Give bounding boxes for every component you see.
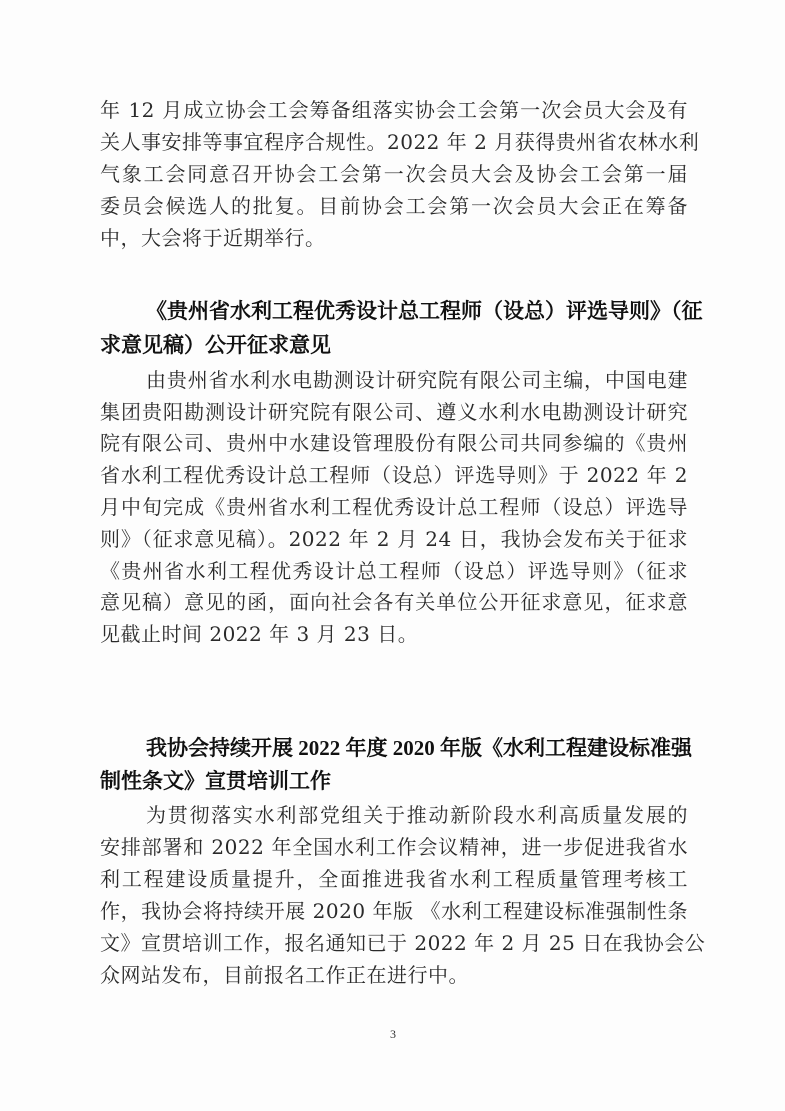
paragraph-line: 则》（征求意见稿）。2022 年 2 月 24 日，我协会发布关于征求 — [100, 524, 688, 554]
page-number: 3 — [385, 1027, 401, 1042]
paragraph-line: 见截止时间 2022 年 3 月 23 日。 — [100, 619, 688, 649]
paragraph-line: 安排部署和 2022 年全国水利工作会议精神，进一步促进我省水 — [100, 832, 688, 862]
paragraph-line: 集团贵阳勘测设计研究院有限公司、遵义水利水电勘测设计研究 — [100, 397, 688, 427]
heading-line: 我协会持续开展 2022 年度 2020 年版《水利工程建设标准强 — [146, 733, 688, 763]
paragraph-line: 气象工会同意召开协会工会第一次会员大会及协会工会第一届 — [100, 159, 688, 189]
heading-line: 《贵州省水利工程优秀设计总工程师（设总）评选导则》（征 — [146, 296, 688, 326]
paragraph-line: 中，大会将于近期举行。 — [100, 223, 688, 253]
paragraph-line: 意见稿）意见的函，面向社会各有关单位公开征求意见，征求意 — [100, 587, 688, 617]
paragraph-line: 年 12 月成立协会工会筹备组落实协会工会第一次会员大会及有 — [100, 95, 688, 125]
paragraph-line: 关人事安排等事宜程序合规性。2022 年 2 月获得贵州省农林水利 — [100, 127, 688, 157]
paragraph-line: 众网站发布，目前报名工作正在进行中。 — [100, 960, 688, 990]
heading-line: 制性条文》宣贯培训工作 — [100, 766, 688, 796]
paragraph-line: 作，我协会将持续开展 2020 年版 《水利工程建设标准强制性条 — [100, 896, 688, 926]
heading-line: 求意见稿）公开征求意见 — [100, 330, 688, 360]
paragraph-line: 省水利工程优秀设计总工程师（设总）评选导则》于 2022 年 2 — [100, 460, 688, 490]
paragraph-line: 为贯彻落实水利部党组关于推动新阶段水利高质量发展的 — [146, 800, 688, 830]
paragraph-line: 《贵州省水利工程优秀设计总工程师（设总）评选导则》（征求 — [100, 556, 688, 586]
paragraph-line: 委员会候选人的批复。目前协会工会第一次会员大会正在筹备 — [100, 191, 688, 221]
paragraph-line: 由贵州省水利水电勘测设计研究院有限公司主编，中国电建 — [146, 365, 688, 395]
paragraph-line: 院有限公司、贵州中水建设管理股份有限公司共同参编的《贵州 — [100, 428, 688, 458]
paragraph-line: 月中旬完成《贵州省水利工程优秀设计总工程师（设总）评选导 — [100, 492, 688, 522]
paragraph-line: 文》宣贯培训工作，报名通知已于 2022 年 2 月 25 日在我协会公 — [100, 928, 688, 958]
paragraph-line: 利工程建设质量提升，全面推进我省水利工程质量管理考核工 — [100, 864, 688, 894]
document-page: 年 12 月成立协会工会筹备组落实协会工会第一次会员大会及有 关人事安排等事宜程… — [0, 0, 785, 1111]
